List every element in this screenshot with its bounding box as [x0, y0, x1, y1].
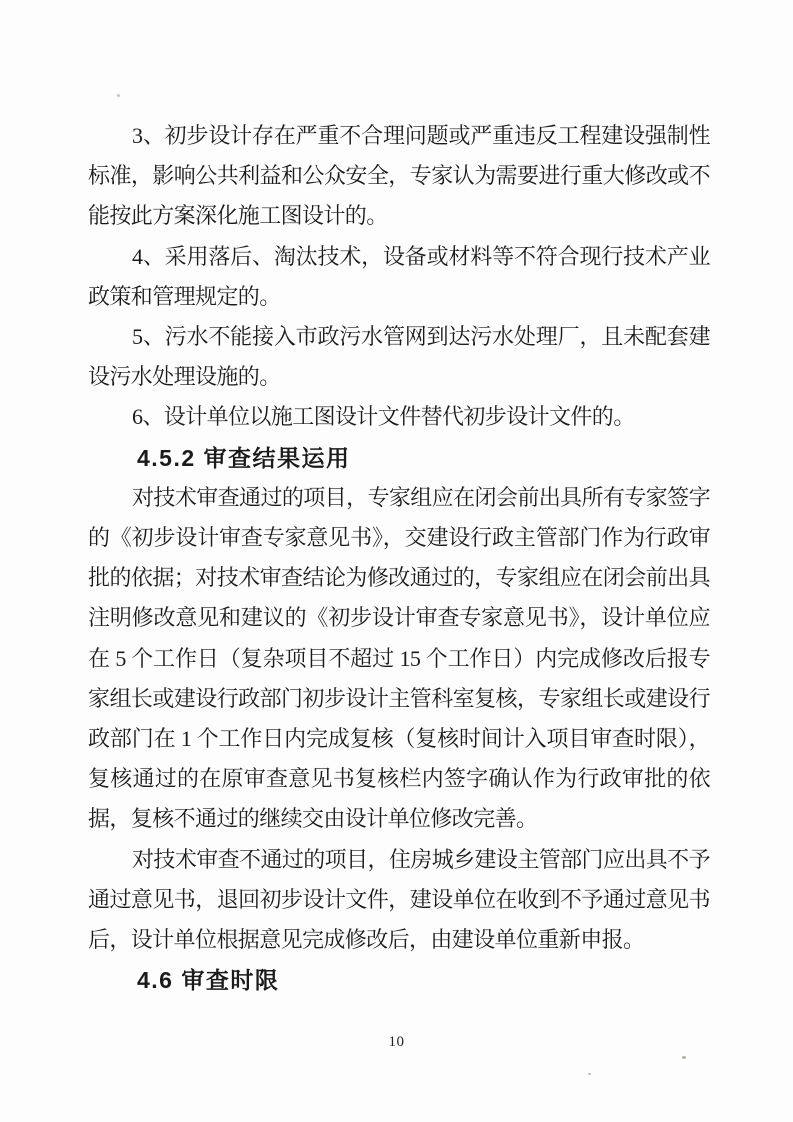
body-paragraph: 6、设计单位以施工图设计文件替代初步设计文件的。: [88, 397, 710, 437]
body-paragraph: 3、初步设计存在严重不合理问题或严重违反工程建设强制性标准，影响公共利益和公众安…: [88, 116, 710, 237]
document-page: 3、初步设计存在严重不合理问题或严重违反工程建设强制性标准，影响公共利益和公众安…: [0, 0, 793, 1122]
scan-speck: [682, 1056, 686, 1059]
section-heading: 4.6 审查时限: [88, 960, 710, 1000]
document-text-block: 3、初步设计存在严重不合理问题或严重违反工程建设强制性标准，影响公共利益和公众安…: [88, 116, 710, 1000]
body-paragraph: 5、污水不能接入市政污水管网到达污水处理厂，且未配套建设污水处理设施的。: [88, 317, 710, 397]
body-paragraph: 对技术审查不通过的项目，住房城乡建设主管部门应出具不予通过意见书，退回初步设计文…: [88, 840, 710, 961]
body-paragraph: 4、采用落后、淘汰技术，设备或材料等不符合现行技术产业政策和管理规定的。: [88, 237, 710, 317]
body-paragraph: 对技术审查通过的项目，专家组应在闭会前出具所有专家签字的《初步设计审查专家意见书…: [88, 478, 710, 840]
scan-speck: [588, 1073, 591, 1075]
scan-speck: [117, 94, 120, 97]
page-number: 10: [0, 1034, 793, 1051]
section-heading: 4.5.2 审查结果运用: [88, 438, 710, 478]
